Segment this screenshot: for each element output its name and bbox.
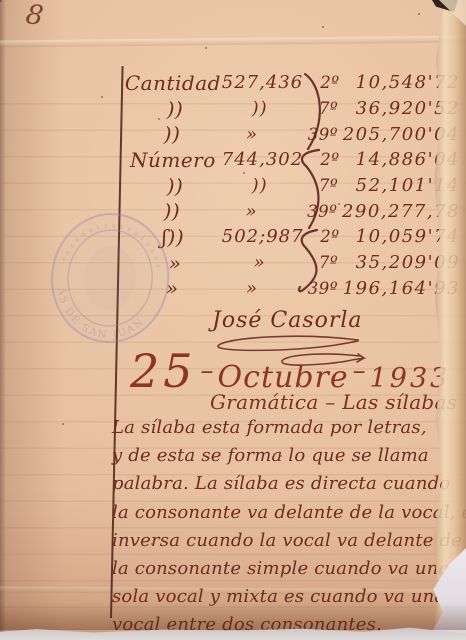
ditto-mark: )) xyxy=(226,98,293,119)
row-percent: 7º xyxy=(319,253,352,272)
ditto-mark: » xyxy=(220,278,284,299)
section-heading: Gramática – Las sílabas xyxy=(210,390,457,414)
table-row: Número 744,302 2º 14,886'04 xyxy=(124,147,460,173)
row-value: 502;987 xyxy=(222,226,296,247)
row-label: Cantidad xyxy=(124,71,222,95)
table-row: » » 39º 196,164'93 xyxy=(124,276,460,302)
table-row: ʃ)) 502;987 2º 10,059'74 xyxy=(124,224,460,250)
ditto-mark: » xyxy=(220,201,283,222)
paragraph-line: inversa cuando la vocal va delante de xyxy=(112,527,464,555)
table-row: )) » 39º 290,277,78 xyxy=(124,198,460,224)
ditto-mark: ʃ)) xyxy=(124,225,222,249)
row-percent: 39º xyxy=(307,202,338,221)
row-percent: 2º xyxy=(320,227,351,246)
calc-table: Cantidad 527,436 2º 10,548'72 )) )) 7º 3… xyxy=(124,70,460,301)
ditto-mark: )) xyxy=(124,199,220,223)
table-row: )) )) 7º 36,920'52 xyxy=(124,96,460,122)
scanned-manuscript: 8 AS DE SAN JUAN Cantidad 527,436 2º 10,… xyxy=(0,0,466,640)
page-bottom-shadow xyxy=(0,602,466,630)
ditto-mark: )) xyxy=(124,97,226,121)
row-percent: 39º xyxy=(308,125,339,144)
row-percent: 2º xyxy=(320,150,351,169)
ditto-mark: » xyxy=(124,276,220,300)
row-percent: 7º xyxy=(319,99,352,118)
paragraph-line: y de esta se forma lo que se llama xyxy=(112,442,464,470)
signature: José Casorla xyxy=(212,308,363,333)
table-row: )) » 39º 205,700'04 xyxy=(124,121,460,147)
table-row: )) )) 7º 52,101'14 xyxy=(124,173,460,199)
paper-specks xyxy=(0,0,2,2)
paragraph-line: La sílaba esta formada por letras, xyxy=(112,414,464,442)
ditto-mark: )) xyxy=(124,122,220,146)
date-day: 25 xyxy=(130,344,197,398)
ditto-mark: » xyxy=(124,251,226,275)
row-percent: 2º xyxy=(320,73,351,92)
row-value: 744,302 xyxy=(222,149,296,170)
paragraph-line: palabra. La sílaba es directa cuando xyxy=(112,470,464,498)
ditto-mark: )) xyxy=(124,174,226,198)
table-row: » » 7º 35,209'09 xyxy=(124,250,460,276)
row-value: 527,436 xyxy=(222,72,296,93)
ditto-mark: )) xyxy=(226,175,293,196)
ditto-mark: » xyxy=(226,252,293,273)
row-label: Número xyxy=(124,148,222,172)
date-dash: – xyxy=(197,356,218,386)
row-percent: 7º xyxy=(319,176,352,195)
table-row: Cantidad 527,436 2º 10,548'72 xyxy=(124,70,460,96)
row-percent: 39º xyxy=(308,279,339,298)
date-dash: – xyxy=(349,356,370,386)
ditto-mark: » xyxy=(220,124,284,145)
paragraph-line: la consonante va delante de la vocal, es xyxy=(112,499,464,527)
paragraph-line: la consonante simple cuando va una xyxy=(112,555,464,583)
